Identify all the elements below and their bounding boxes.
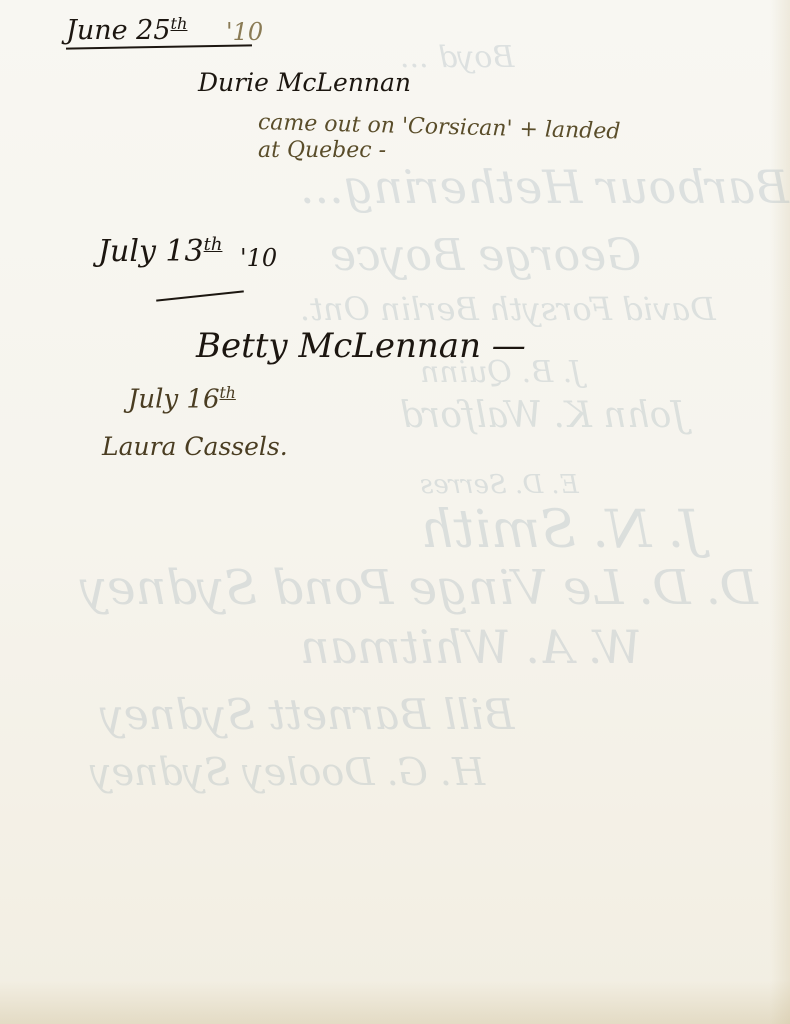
ghost-text: D. D. Le Vinge Pond Sydney [80,560,758,616]
entry-year: '10 [240,244,277,272]
ghost-text: David Forsyth Berlin Ont. [300,290,716,328]
entry-date: July 16th [128,384,236,415]
entry-name: Betty McLennan — [196,326,526,366]
ghost-text: H. G. Dooley Sydney [90,750,485,794]
ghost-text: Bill Barnett Sydney [100,690,515,739]
entry-note: at Quebec - [258,138,386,163]
ghost-text: Boyd ... [400,40,514,75]
document-page: Boyd ... Barbour Hethering... George Boy… [0,0,790,1024]
bleed-through-layer: Boyd ... Barbour Hethering... George Boy… [0,0,790,1024]
entry-date: July 13th [98,234,222,269]
entry-year: '10 [226,18,263,46]
entry-name: Laura Cassels. [102,432,288,461]
ghost-text: E. D. Serres [420,470,579,500]
ghost-text: Barbour Hethering... [300,160,789,214]
divider-line [156,290,244,301]
entry-date: June 25th [66,14,187,46]
ghost-text: George Boyce [330,230,641,281]
entry-name: Durie McLennan [198,68,411,97]
ghost-text: J. N. Smith [420,500,701,560]
ghost-text: John K. Walford [400,395,686,436]
ghost-text: W. A. Whitman [300,620,642,674]
